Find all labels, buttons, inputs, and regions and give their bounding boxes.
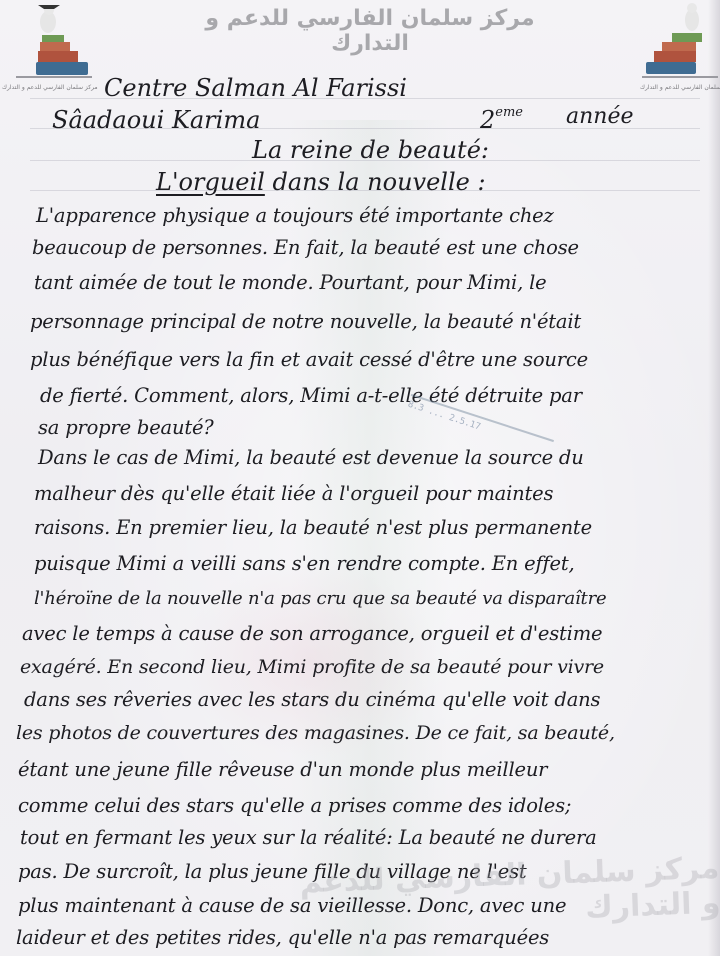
text-line: dans ses rêveries avec les stars du ciné… bbox=[24, 690, 600, 710]
center-arabic-header: مركز سلمان الفارسي للدعم و التدارك bbox=[200, 6, 540, 56]
text-line: comme celui des stars qu'elle a prises c… bbox=[18, 796, 571, 816]
text-line: L'apparence physique a toujours été impo… bbox=[36, 206, 554, 226]
arabic-watermark: مركز سلمان الفارسي للدعم و التدارك bbox=[299, 851, 720, 936]
text-line: les photos de couvertures des magasines.… bbox=[16, 724, 615, 743]
text-line: puisque Mimi a veilli sans s'en rendre c… bbox=[34, 554, 575, 574]
grade-suffix: eme bbox=[495, 105, 523, 120]
text-line: l'héroïne de la nouvelle n'a pas cru que… bbox=[34, 590, 606, 608]
text-line: sa propre beauté? bbox=[38, 418, 214, 438]
text-line: beaucoup de personnes. En fait, la beaut… bbox=[32, 238, 579, 258]
text-line: raisons. En premier lieu, la beauté n'es… bbox=[34, 518, 592, 538]
graduate-books-logo-icon bbox=[14, 2, 94, 80]
school-name: Centre Salman Al Farissi bbox=[104, 76, 407, 100]
logo-caption-right: مركز سلمان الفارسي للدعم و التدارك bbox=[640, 84, 720, 91]
grade-label: année bbox=[566, 106, 634, 128]
text-line: plus bénéfique vers la fin et avait cess… bbox=[30, 350, 588, 370]
text-line: personnage principal de notre nouvelle, … bbox=[30, 312, 581, 332]
student-name: Sâadaoui Karima bbox=[52, 108, 260, 132]
text-line: tout en fermant les yeux sur la réalité:… bbox=[20, 828, 597, 848]
logo-caption-left: مركز سلمان الفارسي للدعم و التدارك bbox=[2, 84, 98, 91]
text-line: laideur et des petites rides, qu'elle n'… bbox=[16, 928, 549, 948]
grade-number: 2 bbox=[480, 106, 495, 134]
essay-subtitle: L'orgueil dans la nouvelle : bbox=[156, 170, 486, 194]
text-line: exagéré. En second lieu, Mimi profite de… bbox=[20, 658, 604, 677]
text-line: tant aimée de tout le monde. Pourtant, p… bbox=[34, 273, 546, 293]
subtitle-rest: dans la nouvelle : bbox=[272, 168, 485, 196]
text-line: étant une jeune fille rêveuse d'un monde… bbox=[18, 760, 547, 780]
subtitle-underlined: L'orgueil bbox=[156, 168, 265, 196]
graduate-books-logo-icon bbox=[640, 2, 720, 80]
text-line: de fierté. Comment, alors, Mimi a-t-elle… bbox=[40, 386, 582, 406]
page-edge bbox=[708, 0, 720, 956]
essay-title: La reine de beauté: bbox=[252, 138, 489, 162]
text-line: avec le temps à cause de son arrogance, … bbox=[22, 624, 602, 644]
grade: 2eme bbox=[480, 108, 523, 132]
